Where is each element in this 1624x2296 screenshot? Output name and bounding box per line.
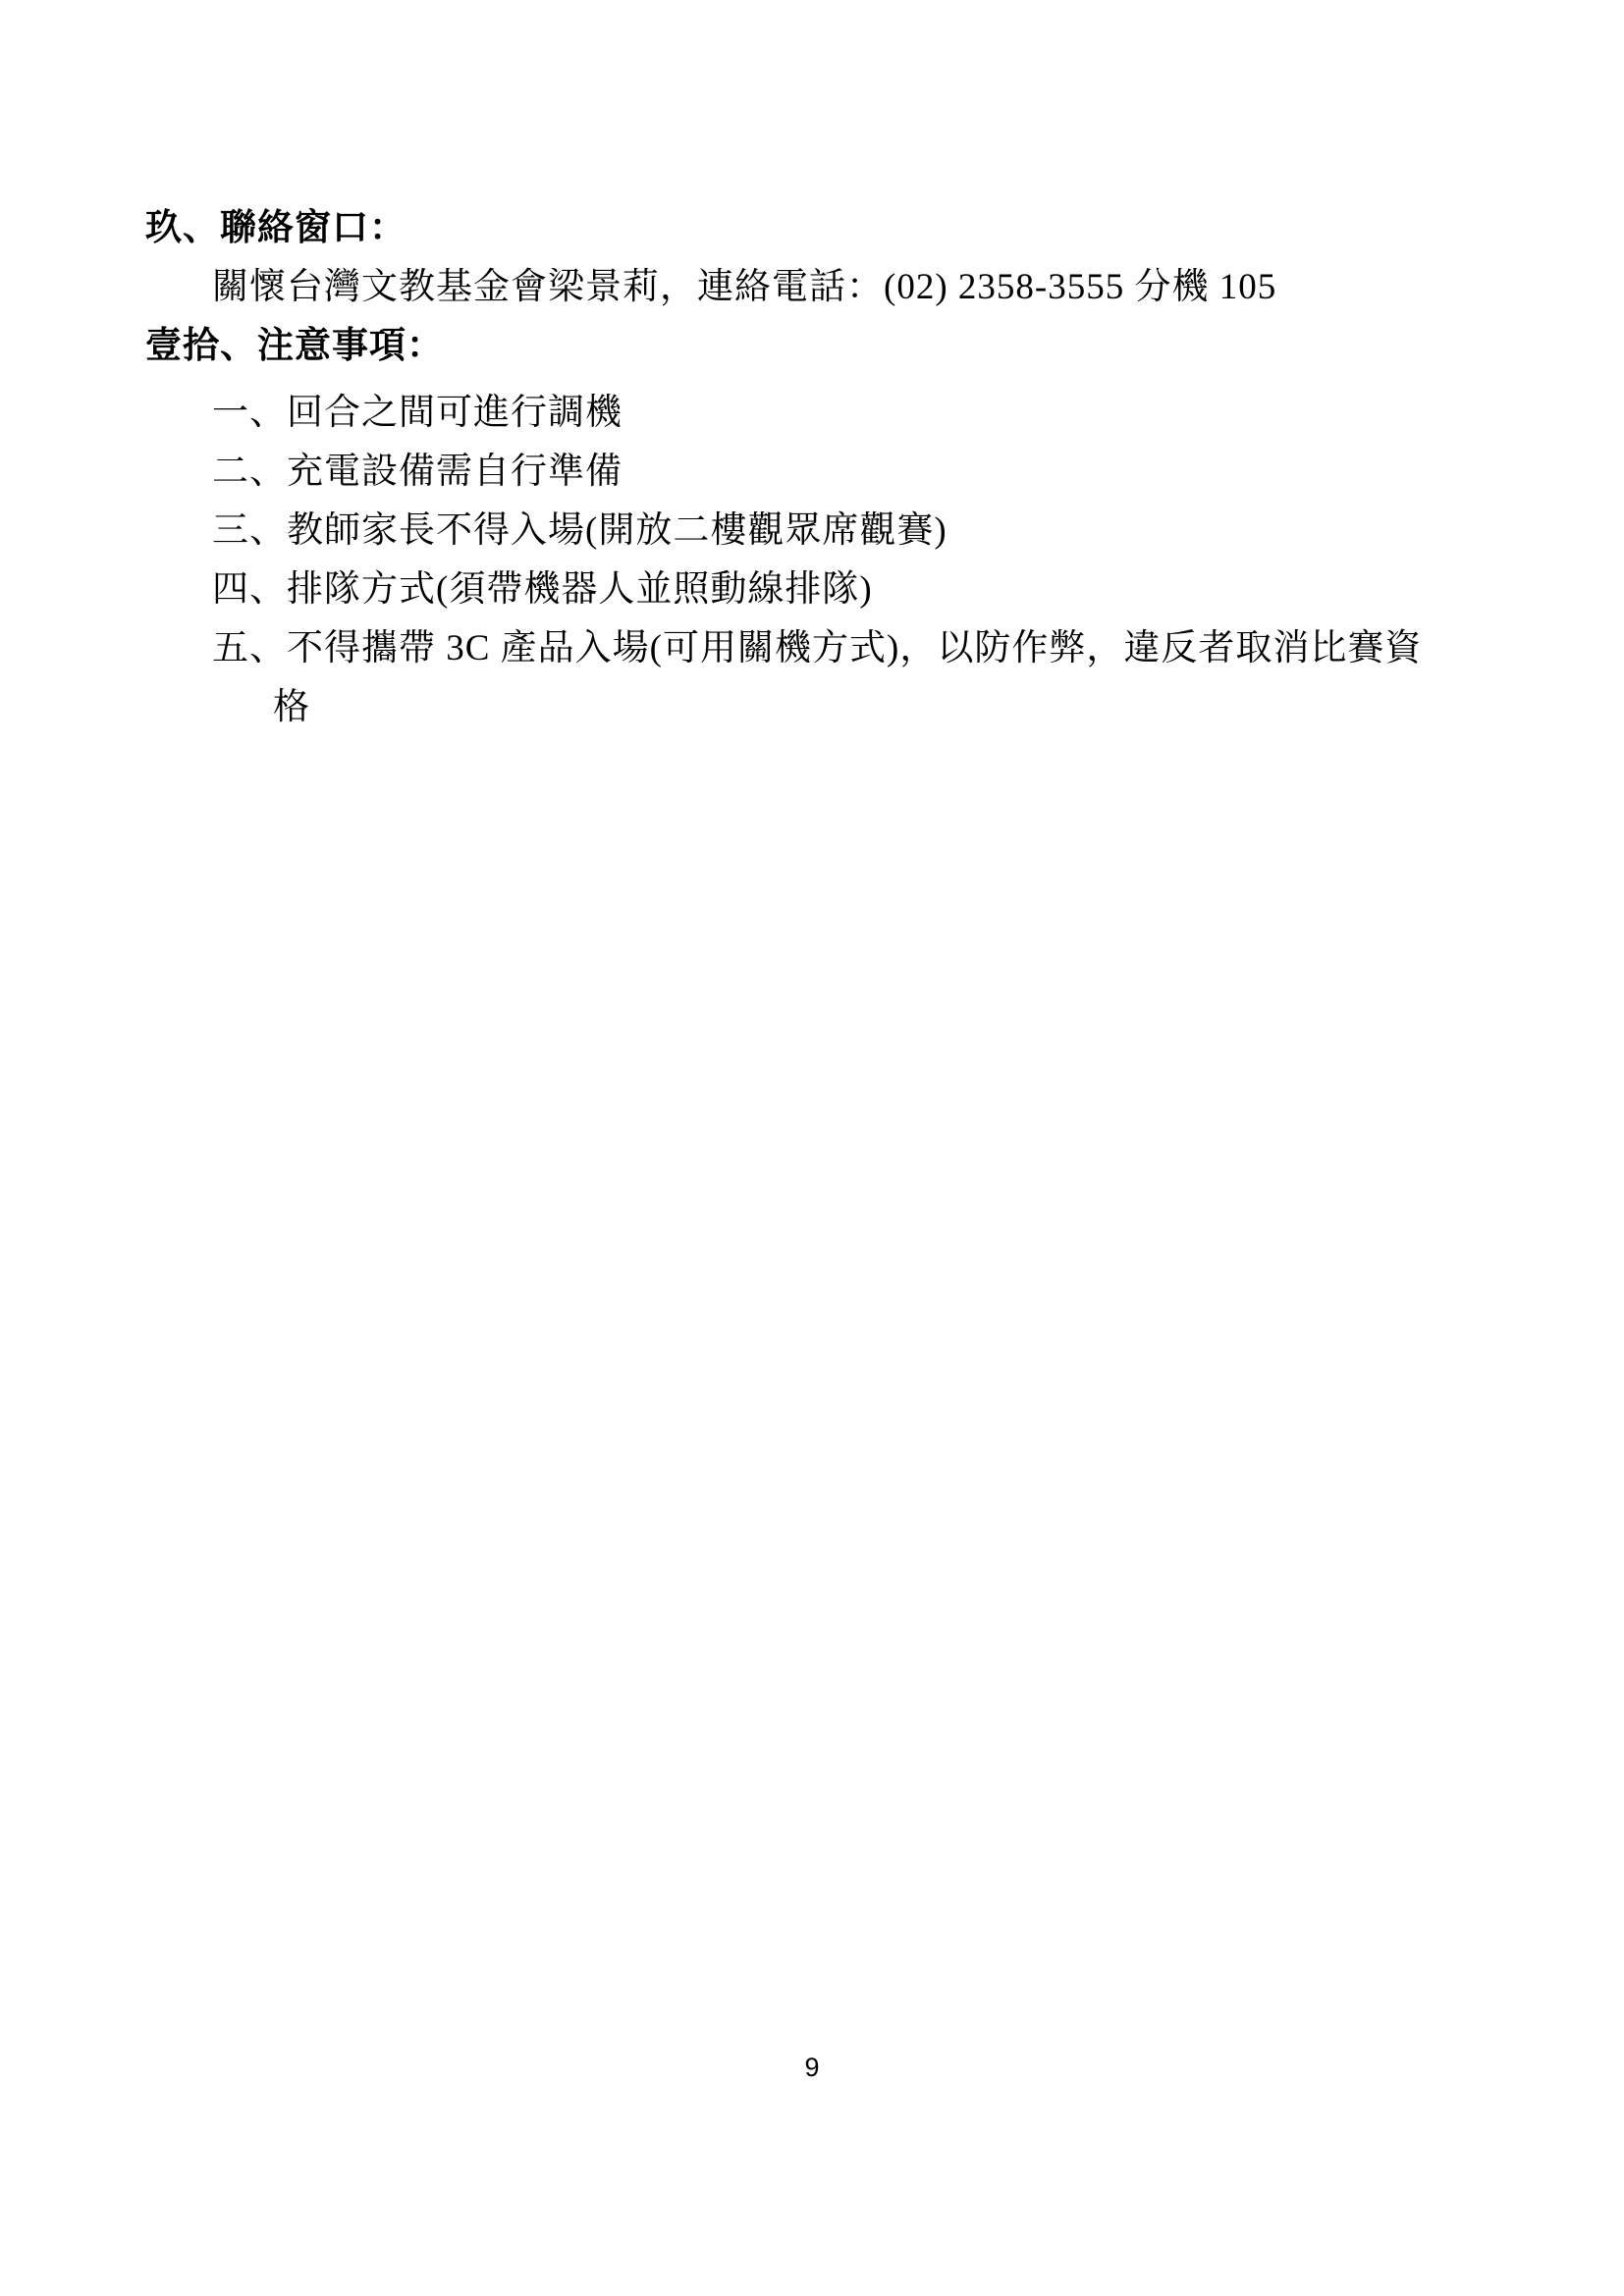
document-page: 玖、聯絡窗口： 關懷台灣文教基金會梁景莉，連絡電話：(02) 2358-3555…	[0, 0, 1624, 2296]
note-item-1: 一、回合之間可進行調機	[145, 384, 1510, 443]
contact-info-line: 關懷台灣文教基金會梁景莉，連絡電話：(02) 2358-3555 分機 105	[145, 258, 1510, 317]
note-item-3: 三、教師家長不得入場(開放二樓觀眾席觀賽)	[145, 502, 1510, 561]
note-item-4: 四、排隊方式(須帶機器人並照動線排隊)	[145, 561, 1510, 619]
notes-list: 一、回合之間可進行調機 二、充電設備需自行準備 三、教師家長不得入場(開放二樓觀…	[145, 384, 1510, 737]
note-item-5: 五、不得攜帶 3C 產品入場(可用關機方式)，以防作弊，違反者取消比賽資	[145, 619, 1510, 678]
note-item-2: 二、充電設備需自行準備	[145, 443, 1510, 502]
section-heading-contact: 玖、聯絡窗口：	[145, 199, 1510, 258]
document-body: 玖、聯絡窗口： 關懷台灣文教基金會梁景莉，連絡電話：(02) 2358-3555…	[145, 199, 1510, 737]
page-number: 9	[0, 2050, 1624, 2085]
section-heading-notes: 壹拾、注意事項：	[145, 317, 1510, 376]
note-item-5-continuation: 格	[145, 678, 1510, 737]
